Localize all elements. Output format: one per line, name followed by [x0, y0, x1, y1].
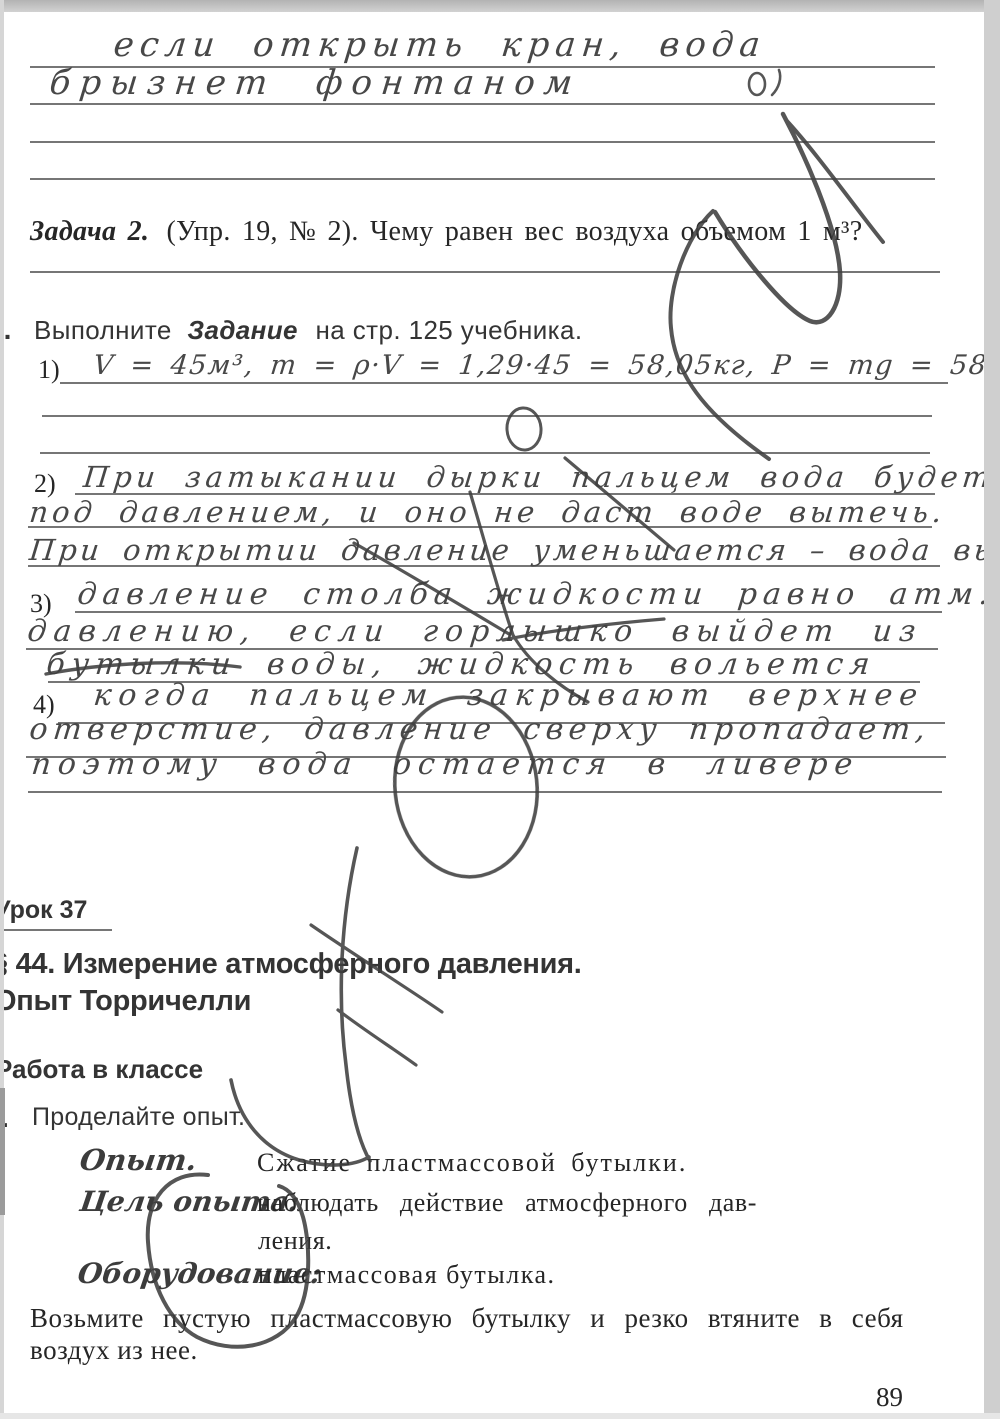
pen-ellipse: [506, 407, 543, 451]
pen-ellipse: [749, 73, 765, 95]
scan-edge-left-dark: [0, 1088, 5, 1215]
handwritten-line: когда пальцем закрывают верхнее: [92, 681, 926, 711]
ruled-line: [60, 382, 948, 384]
notebook-page: если открыть кран, вода брызнет фонтаном…: [0, 0, 1000, 1419]
handwritten-line: отверстие, давление сверху пропадает,: [28, 715, 932, 745]
ruled-line: [30, 141, 935, 143]
lesson-label: Урок 37: [0, 898, 87, 923]
handwritten-line: поэтому вода остается в ливере: [30, 750, 861, 780]
handwritten-line: При затыкании дырки пальцем вода будет: [82, 463, 996, 492]
ruled-line: [0, 929, 112, 931]
answer-marker: 2): [34, 471, 56, 497]
answer-marker: 1): [38, 357, 60, 383]
ruled-line: [28, 791, 942, 793]
pen-stroke: [341, 848, 370, 1161]
experiment-value: наблюдать действие атмосферного дав-: [257, 1190, 757, 1216]
pen-stroke: [670, 211, 769, 459]
item4-text-pre: Выполните: [34, 315, 172, 345]
closing-paragraph-line: воздух из нее.: [30, 1337, 198, 1364]
handwritten-line: под давлением, и оно не даст воде вытечь…: [28, 498, 947, 527]
handwritten-line: давлению, если горлышко выйдет из: [26, 617, 924, 647]
ruled-line: [30, 103, 935, 105]
classwork-heading: Работа в классе: [0, 1056, 203, 1082]
ruled-line: [42, 415, 932, 417]
experiment-value: Сжатие пластмассовой бутылки.: [257, 1150, 687, 1176]
handwritten-formula: V = 45м³, m = ρ·V = 1,29·45 = 58,05кг, P…: [92, 352, 1000, 379]
ruled-line: [30, 271, 940, 273]
closing-paragraph-line: Возьмите пустую пластмассовую бутылку и …: [30, 1305, 904, 1332]
page-number: 89: [876, 1384, 903, 1411]
scan-edge-top: [0, 0, 1000, 12]
ruled-line: [40, 452, 930, 454]
item4-text-bold: Задание: [187, 315, 298, 345]
item4-text-post: на стр. 125 учебника.: [316, 315, 583, 345]
handwritten-line: если открыть кран, вода: [112, 28, 768, 62]
section-title-line2: Опыт Торричелли: [0, 987, 251, 1016]
item4-prompt: Выполните Задание на стр. 125 учебника.: [34, 317, 583, 343]
pen-stroke: [772, 70, 780, 95]
scan-edge-bottom: [0, 1413, 1000, 1419]
handwritten-line: брызнет фонтаном: [48, 66, 583, 100]
scan-edge-right: [984, 0, 1000, 1419]
task2-label: Задача 2.: [30, 216, 149, 247]
task2-heading: Задача 2. (Упр. 19, № 2). Чему равен вес…: [30, 218, 862, 246]
ruled-line: [30, 178, 935, 180]
pen-stroke: [338, 1010, 416, 1065]
task2-text: (Упр. 19, № 2). Чему равен вес воздуха о…: [166, 216, 862, 247]
handwritten-line: давление столба жидкости равно атм.: [76, 580, 996, 610]
experiment-label: Опыт.: [78, 1146, 199, 1175]
experiment-value-cont: ления.: [258, 1228, 332, 1254]
step1-text: Проделайте опыт.: [32, 1105, 245, 1130]
experiment-value: пластмассовая бутылка.: [258, 1262, 555, 1288]
handwritten-line: бутылки воды, жидкость вольется: [45, 650, 878, 680]
section-title-line1: § 44. Измерение атмосферного давления.: [0, 950, 582, 979]
handwritten-line: При открытии давление уменьшается – вода…: [28, 536, 1000, 565]
